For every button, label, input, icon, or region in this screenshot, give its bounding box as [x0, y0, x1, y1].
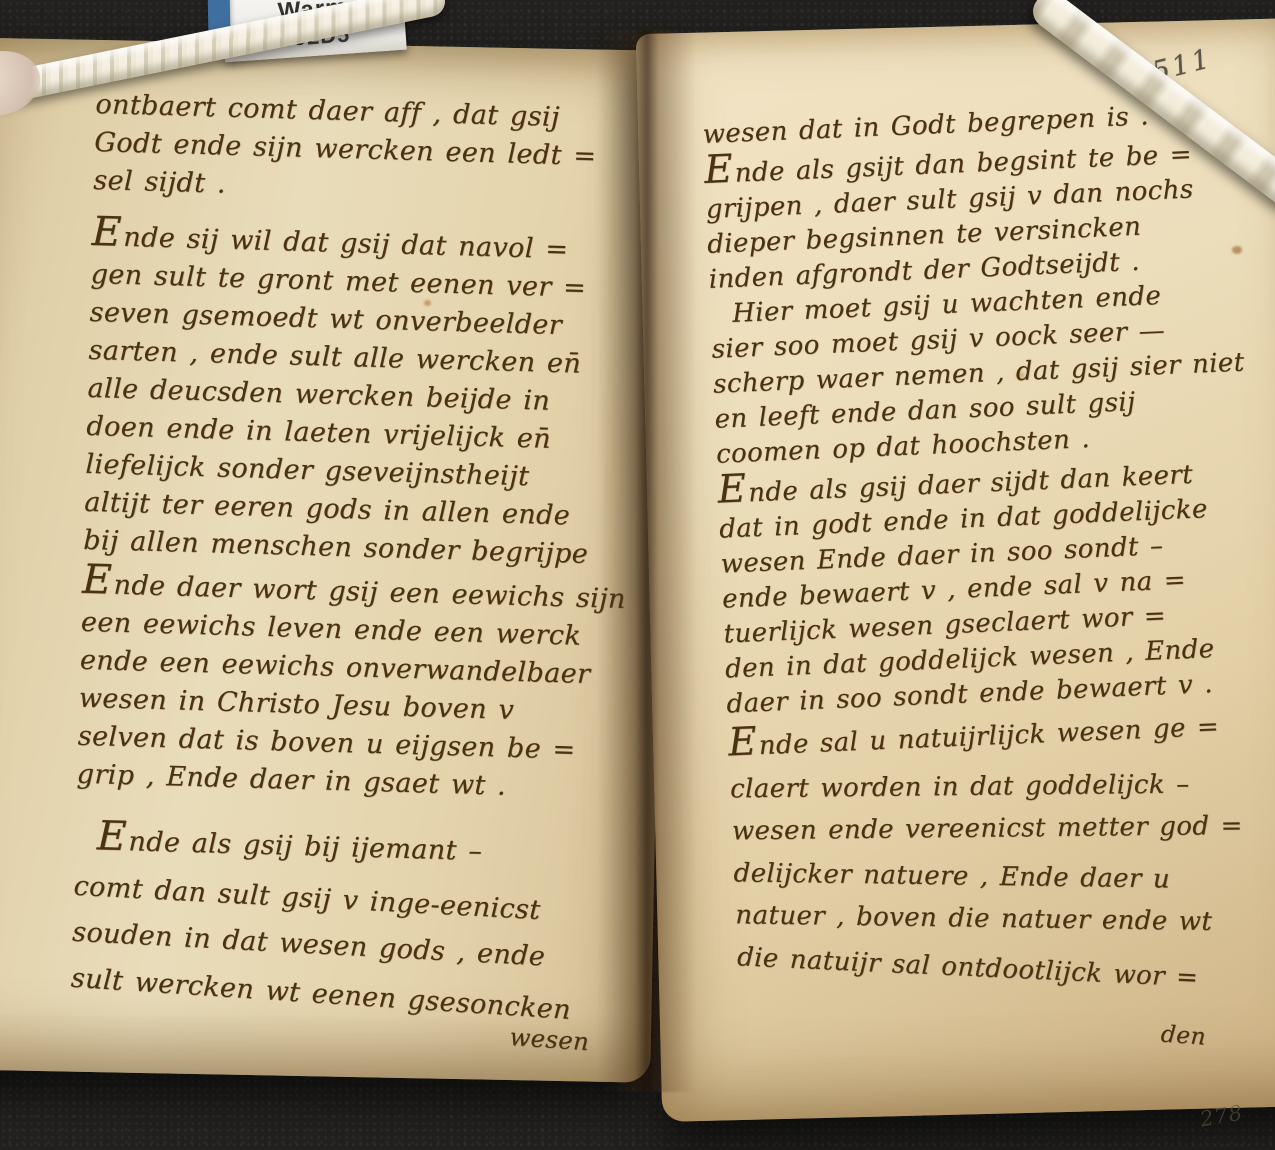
left-page-text: ontbaert comt daer aff , dat gsij Godt e…: [70, 86, 644, 1043]
manuscript-photo: ontbaert comt daer aff , dat gsij Godt e…: [0, 0, 1275, 1150]
manuscript-line: wesen ende vereenicst metter god =: [732, 805, 1260, 853]
manuscript-line: natuer , boven die natuer ende wt: [735, 894, 1264, 943]
right-page-text: wesen dat in Godt begrepen is . Ende als…: [702, 96, 1267, 1021]
manuscript-line: claert worden in dat goddelijck –: [730, 763, 1258, 811]
manuscript-line: delijcker natuere , Ende daer u: [733, 852, 1262, 901]
